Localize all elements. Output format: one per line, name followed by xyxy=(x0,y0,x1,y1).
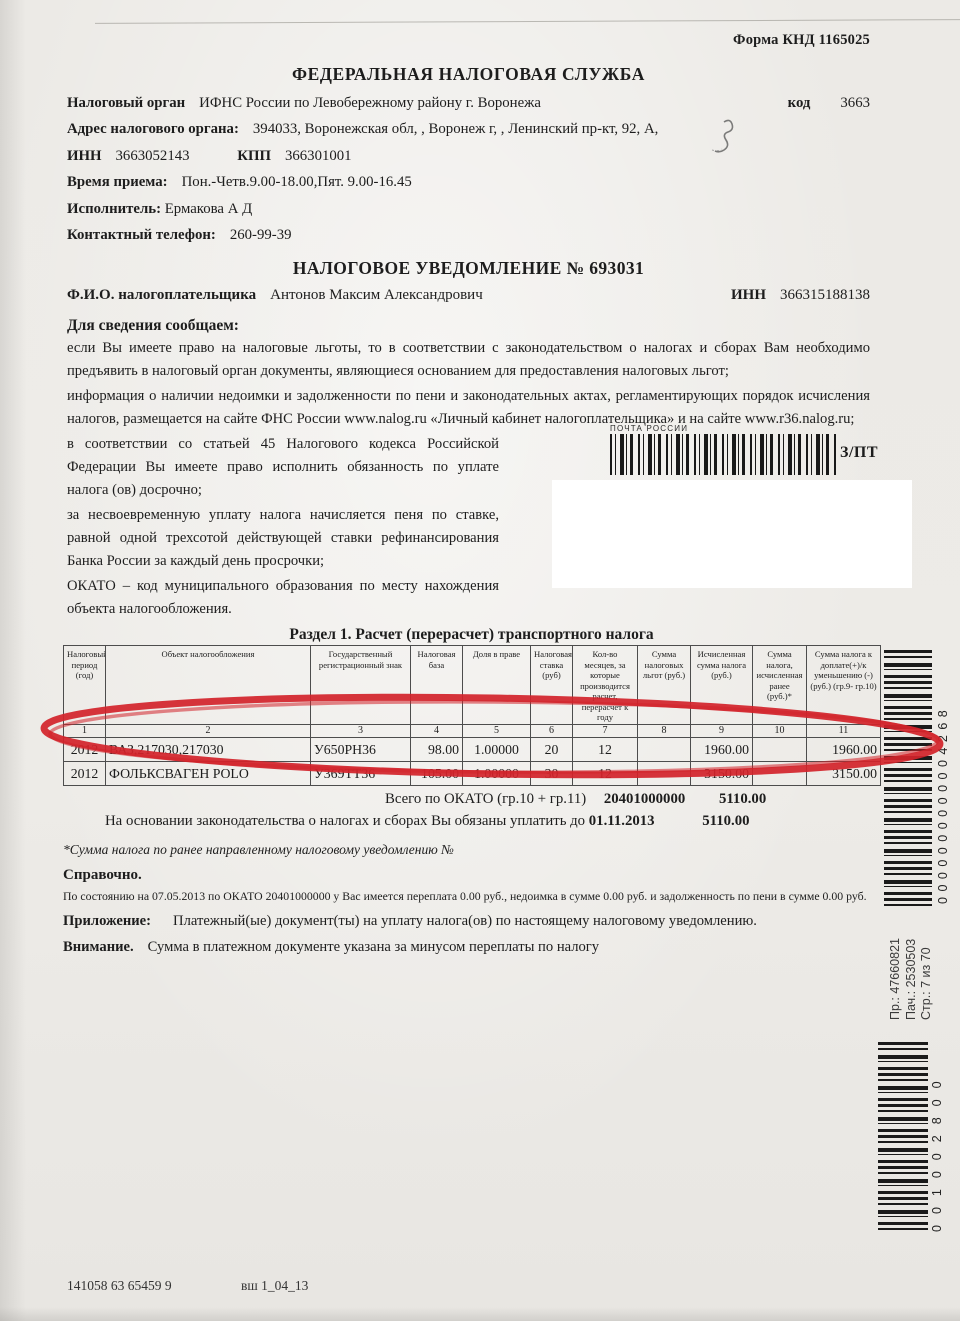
phone-label: Контактный телефон: xyxy=(67,227,216,243)
inn-label: ИНН xyxy=(67,148,102,164)
col-num-6: 6 xyxy=(531,724,573,737)
cell-share: 1.00000 xyxy=(463,737,531,761)
print-info-block: Пр.: 47660821 Пач.: 2530503 Стр.: 7 из 7… xyxy=(888,938,935,1020)
phone-value: 260-99-39 xyxy=(230,227,292,243)
address-value: 394033, Воронежская обл, , Воронеж г, , … xyxy=(253,121,658,137)
payment-text: На основании законодательства о налогах … xyxy=(105,813,585,829)
contact-phone-line: Контактный телефон:260-99-39 xyxy=(67,227,870,244)
col-num-2: 2 xyxy=(106,724,311,737)
side-barcode-lower-number: 001002800 xyxy=(930,1070,944,1232)
postal-mark: З/ПТ xyxy=(840,444,878,462)
table-footnote: *Сумма налога по ранее направленному нал… xyxy=(63,842,880,858)
postal-barcode xyxy=(610,434,836,475)
notice-title: НАЛОГОВОЕ УВЕДОМЛЕНИЕ № 693031 xyxy=(67,258,870,279)
cell-topay: 3150.00 xyxy=(807,761,881,785)
cell-benefits xyxy=(638,737,691,761)
authority-address-line: Адрес налогового органа:394033, Воронежс… xyxy=(67,121,870,138)
info-paragraph-benefits: если Вы имеете право на налоговые льготы… xyxy=(67,337,870,383)
code-label: код xyxy=(788,95,811,111)
payment-deadline: 01.11.2013 xyxy=(589,813,655,829)
table-header-row: Налоговый период (год) Объект налогообло… xyxy=(64,646,881,725)
cell-rate: 30 xyxy=(531,761,573,785)
cell-period: 2012 xyxy=(64,761,106,785)
postal-block: ПОЧТА РОССИИ xyxy=(610,424,836,475)
side-barcode-upper-number: 0000000000004268 xyxy=(936,705,950,904)
footer-line: 141058 63 65459 9 вш 1_04_13 xyxy=(67,1278,308,1294)
col-num-4: 4 xyxy=(411,724,463,737)
attention-line: Внимание.Сумма в платежном документе ука… xyxy=(63,939,880,956)
executor-value: Ермакова А Д xyxy=(165,201,252,217)
col-num-1: 1 xyxy=(64,724,106,737)
okato-total-sum: 5110.00 xyxy=(719,791,766,807)
cell-object: ФОЛЬКСВАГЕН POLO xyxy=(106,761,311,785)
office-hours-line: Время приема:Пон.-Четв.9.00-18.00,Пят. 9… xyxy=(67,174,870,191)
cell-months: 12 xyxy=(573,737,638,761)
taxpayer-inn-value: 366315188138 xyxy=(780,287,870,303)
col-header-object: Объект налогообложения xyxy=(106,646,311,725)
payment-sum: 5110.00 xyxy=(702,813,749,829)
footer-doc-number: 141058 63 65459 9 xyxy=(67,1278,172,1293)
print-info-pach: Пач.: 2530503 xyxy=(904,938,920,1020)
cell-period: 2012 xyxy=(64,737,106,761)
agency-title: ФЕДЕРАЛЬНАЯ НАЛОГОВАЯ СЛУЖБА xyxy=(67,64,870,85)
col-num-3: 3 xyxy=(311,724,411,737)
col-header-taxbase: Налоговая база xyxy=(411,646,463,725)
cell-regplate: У650РН36 xyxy=(311,737,411,761)
attachment-line: Приложение:Платежный(ые) документ(ты) на… xyxy=(63,913,880,930)
form-kind-label: Форма КНД 1165025 xyxy=(67,0,870,49)
cell-months: 12 xyxy=(573,761,638,785)
inn-kpp-line: ИНН3663052143 КПП366301001 xyxy=(67,148,870,165)
code-value: 3663 xyxy=(840,95,870,111)
side-barcode-upper xyxy=(884,650,932,906)
redacted-address-box xyxy=(552,480,912,588)
taxpayer-line: ИНН366315188138 Ф.И.О. налогоплательщика… xyxy=(67,287,870,304)
info-paragraph-article45: в соответствии со статьей 45 Налогового … xyxy=(67,433,499,502)
taxpayer-fio-label: Ф.И.О. налогоплательщика xyxy=(67,287,256,303)
taxpayer-inn-label: ИНН xyxy=(731,287,766,303)
cell-taxbase: 98.00 xyxy=(411,737,463,761)
taxpayer-inn-group: ИНН366315188138 xyxy=(731,287,870,304)
col-header-benefits: Сумма налоговых льгот (руб.) xyxy=(638,646,691,725)
inn-value: 3663052143 xyxy=(116,148,190,164)
col-header-months: Кол-во месяцев, за которые производится … xyxy=(573,646,638,725)
payment-obligation-line: На основании законодательства о налогах … xyxy=(63,811,880,831)
col-header-rate: Налоговая ставка (руб) xyxy=(531,646,573,725)
tax-authority-line: код3663 Налоговый органИФНС России по Ле… xyxy=(67,95,870,112)
cell-share: 1.00000 xyxy=(463,761,531,785)
attention-label: Внимание. xyxy=(63,939,134,955)
section1-transport-tax: Раздел 1. Расчет (перерасчет) транспортн… xyxy=(63,626,880,956)
info-paragraph-okato: ОКАТО – код муниципального образования п… xyxy=(67,575,499,621)
col-num-5: 5 xyxy=(463,724,531,737)
org-label: Налоговый орган xyxy=(67,95,185,111)
col-header-share: Доля в праве xyxy=(463,646,531,725)
col-num-9: 9 xyxy=(691,724,753,737)
executor-label: Исполнитель: xyxy=(67,201,161,217)
cell-topay: 1960.00 xyxy=(807,737,881,761)
scan-shadow-bottom xyxy=(0,1307,960,1321)
footer-form-code: вш 1_04_13 xyxy=(241,1278,308,1293)
cell-benefits xyxy=(638,761,691,785)
cell-calculated: 3150.00 xyxy=(691,761,753,785)
cell-rate: 20 xyxy=(531,737,573,761)
col-num-11: 11 xyxy=(807,724,881,737)
attachment-label: Приложение: xyxy=(63,913,151,929)
table-row-vaz: 2012 ВАЗ,217030,217030 У650РН36 98.00 1.… xyxy=(64,737,881,761)
hours-value: Пон.-Четв.9.00-18.00,Пят. 9.00-16.45 xyxy=(182,174,412,190)
cell-object: ВАЗ,217030,217030 xyxy=(106,737,311,761)
col-num-8: 8 xyxy=(638,724,691,737)
info-heading: Для сведения сообщаем: xyxy=(67,317,870,335)
russian-post-label: ПОЧТА РОССИИ xyxy=(610,424,836,433)
col-header-period: Налоговый период (год) xyxy=(64,646,106,725)
org-value: ИФНС России по Левобережному району г. В… xyxy=(199,95,541,111)
kpp-label: КПП xyxy=(237,148,271,164)
executor-line: Исполнитель: Ермакова А Д xyxy=(67,201,870,218)
cell-calculated: 1960.00 xyxy=(691,737,753,761)
kpp-value: 366301001 xyxy=(285,148,352,164)
col-header-earlier: Сумма налога, исчисленная ранее (руб.)* xyxy=(753,646,807,725)
attention-text: Сумма в платежном документе указана за м… xyxy=(148,939,599,955)
code-group: код3663 xyxy=(788,95,870,112)
attachment-text: Платежный(ые) документ(ты) на уплату нал… xyxy=(173,913,757,929)
print-info-page: Стр.: 7 из 70 xyxy=(919,938,935,1020)
reference-status-line: По состоянию на 07.05.2013 по ОКАТО 2040… xyxy=(63,889,880,904)
reference-heading: Справочно. xyxy=(63,867,880,884)
cell-regplate: У369ТТ36 xyxy=(311,761,411,785)
cell-earlier xyxy=(753,737,807,761)
side-barcode-lower xyxy=(878,1042,928,1230)
transport-tax-table: Налоговый период (год) Объект налогообло… xyxy=(63,645,881,786)
col-header-calculated: Исчисленная сумма налога (руб.) xyxy=(691,646,753,725)
info-paragraph-penalty: за несвоевременную уплату налога начисля… xyxy=(67,504,499,573)
okato-code: 20401000000 xyxy=(604,791,685,807)
okato-total-line: Всего по ОКАТО (гр.10 + гр.11) 204010000… xyxy=(63,789,880,809)
table-row-polo: 2012 ФОЛЬКСВАГЕН POLO У369ТТ36 105.00 1.… xyxy=(64,761,881,785)
cell-taxbase: 105.00 xyxy=(411,761,463,785)
col-header-topay: Сумма налога к доплате(+)/к уменьшению (… xyxy=(807,646,881,725)
section1-title: Раздел 1. Расчет (перерасчет) транспортн… xyxy=(63,626,880,644)
col-header-regplate: Государственный регистрационный знак xyxy=(311,646,411,725)
address-label: Адрес налогового органа: xyxy=(67,121,239,137)
okato-total-label: Всего по ОКАТО (гр.10 + гр.11) xyxy=(385,791,586,807)
taxpayer-fio-value: Антонов Максим Александрович xyxy=(270,287,483,303)
table-number-row: 1 2 3 4 5 6 7 8 9 10 11 xyxy=(64,724,881,737)
hours-label: Время приема: xyxy=(67,174,168,190)
col-num-7: 7 xyxy=(573,724,638,737)
col-num-10: 10 xyxy=(753,724,807,737)
cell-earlier xyxy=(753,761,807,785)
print-info-pr: Пр.: 47660821 xyxy=(888,938,904,1020)
